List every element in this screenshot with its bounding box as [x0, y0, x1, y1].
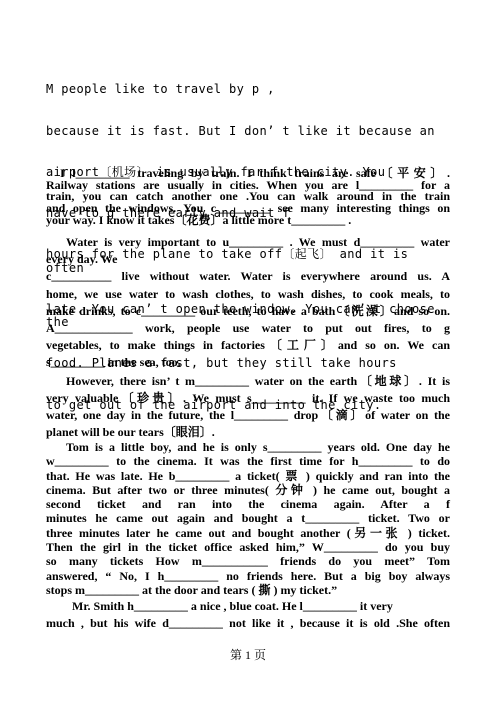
text-line: Mr. Smith h_________ a nice , blue coat.… — [46, 598, 450, 615]
text-line: minutes he came out again and bought a t… — [46, 511, 450, 525]
passage-3: Water is very important to u_________ . … — [46, 234, 450, 372]
text-line: your way. I know it takes〔花费〕a little mo… — [46, 215, 450, 227]
page-number: 第 1 页 — [0, 646, 496, 663]
passage-2: I l_________ traveling by train. I think… — [46, 168, 450, 226]
text-line: s_________ in the sea, too. — [46, 354, 450, 371]
text-line: planet will be our tears〔眼泪〕. — [46, 424, 450, 441]
text-line: three minutes later he came out and boug… — [46, 526, 450, 540]
text-line: that. He was late. He b_________ a ticke… — [46, 469, 450, 483]
text-line: because it is fast. But I don’ t like it… — [46, 125, 450, 139]
text-line: second ticket and ran into the cinema ag… — [46, 497, 450, 511]
text-line: c__________ live without water. Water is… — [46, 268, 450, 285]
text-line: make drinks, to c_________ our teeth, to… — [46, 303, 450, 320]
text-line: cinema. But after two or three minutes( … — [46, 483, 450, 497]
text-line: w_________ to the cinema. It was the fir… — [46, 454, 450, 468]
text-line: Tom is a little boy, and he is only s___… — [46, 440, 450, 454]
text-line: very valuable〔珍贵〕. We must s_________ it… — [46, 390, 450, 407]
passage-5: Tom is a little boy, and he is only s___… — [46, 440, 450, 597]
passage-6: Mr. Smith h_________ a nice , blue coat.… — [46, 598, 450, 631]
text-line: vegetables, to make things in factories〔… — [46, 337, 450, 354]
text-line: M people like to travel by p , — [46, 83, 450, 97]
text-line: so many tickets How m___________ friends… — [46, 554, 450, 568]
text-line: every day. We — [46, 251, 450, 268]
text-line: Water is very important to u_________ . … — [46, 234, 450, 251]
text-line: Then the girl in the ticket office asked… — [46, 540, 450, 554]
text-line: home, we use water to wash clothes, to w… — [46, 286, 450, 303]
text-line: much , but his wife d_________ not like … — [46, 615, 450, 632]
text-line: However, there isn’ t m_________ water o… — [46, 373, 450, 390]
text-line: answered, “ No, I h_________ no friends … — [46, 569, 450, 583]
document-page: M people like to travel by p , because i… — [0, 0, 496, 702]
text-line: stops m_________ at the door and tears (… — [46, 583, 450, 597]
passage-4: However, there isn’ t m_________ water o… — [46, 373, 450, 441]
text-line: water, one day in the future, the l_____… — [46, 407, 450, 424]
text-line: A_____________ work, people use water to… — [46, 320, 450, 337]
